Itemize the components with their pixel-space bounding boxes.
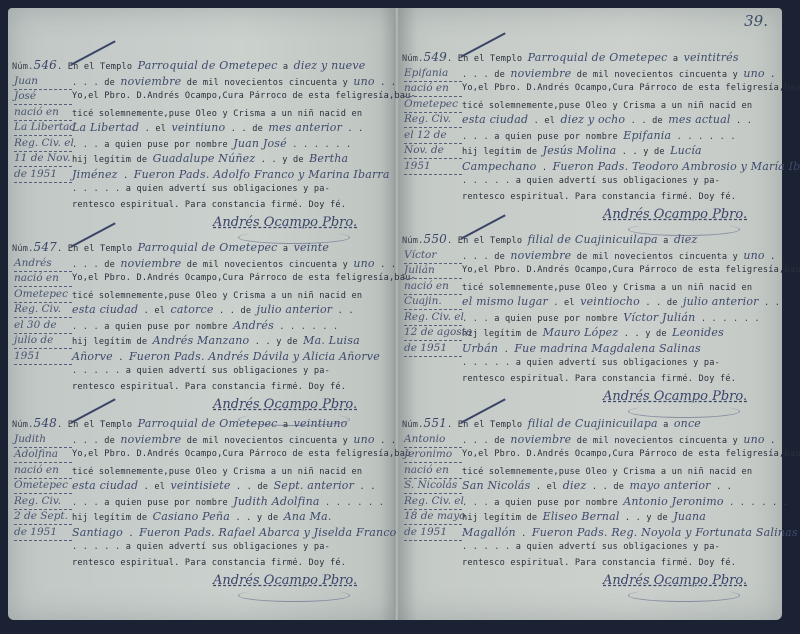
- baptism-month: noviembre: [510, 249, 571, 262]
- entry-line: Núm.549. En el Templo Parroquial de Omet…: [402, 50, 739, 67]
- margin-note: nació en: [14, 463, 72, 479]
- baptism-day: veintitrés: [684, 51, 739, 64]
- mother-name-part2: Urbán: [462, 342, 498, 355]
- margin-note: Reg. Civ.: [404, 112, 462, 128]
- priest-signature: Andrés Ocampo Pbro.: [603, 389, 747, 404]
- entry-line: Núm.550. En el Templo filial de Cuajinic…: [402, 232, 698, 249]
- entry-line: ticé solemnemente,puse Oleo y Crisma a u…: [72, 463, 362, 480]
- year-suffix: uno: [743, 67, 764, 80]
- baptism-entry-551: Núm.551. En el Templo filial de Cuajinic…: [398, 416, 783, 591]
- entry-line: ticé solemnemente,puse Oleo y Crisma a u…: [462, 97, 752, 114]
- entry-num-label: Núm.: [12, 244, 34, 254]
- entry-line: rentesco espiritual. Para constancia fir…: [72, 198, 346, 213]
- entry-line: esta ciudad . el veintisiete . . de Sept…: [72, 478, 376, 495]
- entry-line: . . . . . a quien advertí sus obligacion…: [72, 540, 330, 555]
- mother-name-part1: Ma. Luisa: [303, 334, 360, 347]
- entry-line: Urbán . Fue madrina Magdalena Salinas: [462, 341, 701, 358]
- entry-line: esta ciudad . el catorce . . de julio an…: [72, 302, 354, 319]
- birthplace: el mismo lugar: [462, 295, 548, 308]
- baptized-name: Antonio Jeronimo: [623, 495, 723, 508]
- entry-number: 550: [424, 232, 448, 246]
- priest-signature: Andrés Ocampo Pbro.: [603, 573, 747, 588]
- entry-line: ticé solemnemente,puse Oleo y Crisma a u…: [462, 279, 752, 296]
- entry-num-label: Núm.: [12, 62, 34, 72]
- birth-month: mes anterior: [268, 121, 342, 134]
- birth-day: catorce: [170, 303, 213, 316]
- godparents: Fueron Pads. Adolfo Franco y Marina Ibar…: [134, 168, 390, 181]
- entry-line: rentesco espiritual. Para constancia fir…: [72, 556, 346, 571]
- margin-note: 2 de Sept.: [14, 509, 72, 525]
- entry-line: rentesco espiritual. Para constancia fir…: [72, 380, 346, 395]
- entry-line: esta ciudad . el diez y ocho . . de mes …: [462, 112, 752, 129]
- entry-line: La Libertad . el veintiuno . . de mes an…: [72, 120, 364, 137]
- entry-line: . . . . . a quien advertí sus obligacion…: [462, 174, 720, 189]
- temple-name: Parroquial de Ometepec: [138, 417, 278, 430]
- temple-name: Parroquial de Ometepec: [138, 241, 278, 254]
- entry-line: Yo,el Pbro. D.Andrés Ocampo,Cura Párroco…: [72, 89, 416, 104]
- entry-line: Magallón . Fueron Pads. Reg. Noyola y Fo…: [462, 525, 798, 542]
- margin-note: Epifania: [404, 66, 462, 82]
- entry-line: . . . a quien puse por nombre Epifania .…: [462, 128, 736, 145]
- margin-note: Reg. Civ. el: [404, 494, 462, 510]
- entry-line: . . . de noviembre de mil novecientos ci…: [462, 248, 786, 265]
- margin-note: Ometepec: [404, 97, 462, 113]
- entry-line: Núm.547. En el Templo Parroquial de Omet…: [12, 240, 329, 257]
- typed-text: En el Templo: [68, 244, 133, 254]
- entry-num-label: Núm.: [402, 54, 424, 64]
- baptized-name: Judith Adolfina: [233, 495, 319, 508]
- entry-line: hij legítim de Eliseo Bernal . . y de Ju…: [462, 509, 706, 526]
- father-name: Casiano Peña: [153, 510, 230, 523]
- entry-line: hij legítim de Jesús Molina . . y de Luc…: [462, 143, 702, 160]
- baptism-day: veinte: [294, 241, 329, 254]
- year-suffix: uno: [353, 257, 374, 270]
- entry-line: Campechano . Fueron Pads. Teodoro Ambros…: [462, 159, 800, 176]
- priest-signature: Andrés Ocampo Pbro.: [213, 573, 357, 588]
- entry-line: Añorve . Fueron Pads. Andrés Dávila y Al…: [72, 349, 380, 366]
- mother-name-part2: Añorve: [72, 350, 113, 363]
- margin-note: Ometepec: [14, 478, 72, 494]
- page-number: 39.: [744, 12, 768, 30]
- baptized-name: Juan José: [233, 137, 287, 150]
- entry-line: Jiménez . Fueron Pads. Adolfo Franco y M…: [72, 167, 390, 184]
- entry-line: hij legítim de Guadalupe Núñez . . y de …: [72, 151, 348, 168]
- mother-name-part2: Jiménez: [72, 168, 118, 181]
- birth-day: veintiuno: [171, 121, 225, 134]
- priest-signature: Andrés Ocampo Pbro.: [213, 215, 357, 230]
- margin-note: de 1951: [14, 167, 72, 183]
- baptism-entry-546: Núm.546. En el Templo Parroquial de Omet…: [8, 58, 393, 233]
- baptism-month: noviembre: [120, 433, 181, 446]
- margin-note: Juan: [14, 74, 72, 90]
- margin-note: Nov. de: [404, 143, 462, 159]
- godparents: Fue madrina Magdalena Salinas: [514, 342, 701, 355]
- entry-line: . . . a quien puse por nombre Juan José …: [72, 136, 351, 153]
- birth-month: julio anterior: [257, 303, 333, 316]
- entry-line: rentesco espiritual. Para constancia fir…: [462, 556, 736, 571]
- margin-note: Reg. Civ.: [14, 302, 72, 318]
- father-name: Guadalupe Núñez: [153, 152, 256, 165]
- birth-day: diez y ocho: [560, 113, 625, 126]
- entry-line: . . . de noviembre de mil novecientos ci…: [72, 74, 396, 91]
- mother-name-part1: Juana: [673, 510, 706, 523]
- birth-day: veintisiete: [170, 479, 230, 492]
- birthplace: esta ciudad: [72, 303, 138, 316]
- entry-line: Yo,el Pbro. D.Andrés Ocampo,Cura Párroco…: [72, 447, 416, 462]
- margin-note: de 1951: [404, 525, 462, 541]
- margin-note: Reg. Civ. el: [404, 310, 462, 326]
- entry-line: hij legítim de Andrés Manzano . . y de M…: [72, 333, 360, 350]
- entry-line: ticé solemnemente,puse Oleo y Crisma a u…: [72, 105, 362, 122]
- margin-note: Adolfina: [14, 447, 72, 463]
- margin-note: nació en: [14, 271, 72, 287]
- entry-line: . . . a quien puse por nombre Andrés . .…: [72, 318, 338, 335]
- margin-note: Reg. Civ.: [14, 494, 72, 510]
- entry-line: . . . . . a quien advertí sus obligacion…: [462, 356, 720, 371]
- entry-line: . . . a quien puse por nombre Antonio Je…: [462, 494, 788, 511]
- baptized-name: Andrés: [233, 319, 274, 332]
- entry-number: 547: [34, 240, 58, 254]
- birth-month: mayo anterior: [629, 479, 710, 492]
- entry-line: . . . de noviembre de mil novecientos ci…: [462, 66, 786, 83]
- baptism-entry-547: Núm.547. En el Templo Parroquial de Omet…: [8, 240, 393, 415]
- godparents: Fueron Pads. Andrés Dávila y Alicia Añor…: [129, 350, 380, 363]
- margin-note: José: [14, 89, 72, 105]
- baptism-entry-548: Núm.548. En el Templo Parroquial de Omet…: [8, 416, 393, 591]
- baptism-day: diez: [674, 233, 698, 246]
- entry-line: . . . a quien puse por nombre Judith Ado…: [72, 494, 384, 511]
- margin-note: S. Nicolás: [404, 478, 462, 494]
- mother-name-part2: Campechano: [462, 160, 536, 173]
- typed-text: En el Templo: [68, 420, 133, 430]
- margin-note: Andrés: [14, 256, 72, 272]
- margin-note: 1951: [404, 159, 462, 175]
- baptism-day: veintiuno: [294, 417, 348, 430]
- entry-number: 551: [424, 416, 448, 430]
- baptized-name: Epifania: [623, 129, 671, 142]
- baptism-month: noviembre: [120, 257, 181, 270]
- entry-line: Yo,el Pbro. D.Andrés Ocampo,Cura Párroco…: [462, 81, 800, 96]
- priest-signature: Andrés Ocampo Pbro.: [603, 207, 747, 222]
- temple-name: Parroquial de Ometepec: [528, 51, 668, 64]
- baptism-entry-549: Núm.549. En el Templo Parroquial de Omet…: [398, 50, 783, 225]
- margin-note: de 1951: [404, 341, 462, 357]
- mother-name-part2: Santiago: [72, 526, 123, 539]
- entry-num-label: Núm.: [402, 236, 424, 246]
- mother-name-part1: Ana Ma.: [284, 510, 332, 523]
- entry-line: . . . de noviembre de mil novecientos ci…: [72, 432, 396, 449]
- margin-note: Cuajin.: [404, 294, 462, 310]
- margin-note: Víctor: [404, 248, 462, 264]
- entry-line: rentesco espiritual. Para constancia fir…: [462, 372, 736, 387]
- margin-note: el 12 de: [404, 128, 462, 144]
- birth-month: mes actual: [668, 113, 730, 126]
- entry-line: ticé solemnemente,puse Oleo y Crisma a u…: [72, 287, 362, 304]
- margin-note: 11 de Nov.: [14, 151, 72, 167]
- baptism-entry-550: Núm.550. En el Templo filial de Cuajinic…: [398, 232, 783, 407]
- signature-flourish: [628, 589, 740, 602]
- entry-line: Núm.546. En el Templo Parroquial de Omet…: [12, 58, 366, 75]
- entry-line: . . . . . a quien advertí sus obligacion…: [462, 540, 720, 555]
- baptism-month: noviembre: [510, 433, 571, 446]
- entry-num-label: Núm.: [402, 420, 424, 430]
- baptism-day: once: [674, 417, 701, 430]
- birth-day: veintiocho: [580, 295, 640, 308]
- temple-name: filial de Cuajinicuilapa: [528, 233, 658, 246]
- temple-name: filial de Cuajinicuilapa: [528, 417, 658, 430]
- margin-note: Ometepec: [14, 287, 72, 303]
- mother-name-part1: Leonides: [672, 326, 724, 339]
- entry-line: . . . de noviembre de mil novecientos ci…: [462, 432, 786, 449]
- margin-note: de 1951: [14, 525, 72, 541]
- entry-num-label: Núm.: [12, 420, 34, 430]
- typed-text: En el Templo: [68, 62, 133, 72]
- temple-name: Parroquial de Ometepec: [138, 59, 278, 72]
- typed-text: En el Templo: [458, 420, 523, 430]
- baptized-name: Víctor Julián: [623, 311, 695, 324]
- year-suffix: uno: [743, 249, 764, 262]
- year-suffix: uno: [353, 75, 374, 88]
- godparents: Fueron Pads. Rafael Abarca y Jiselda Fra…: [139, 526, 396, 539]
- birthplace: La Libertad: [72, 121, 139, 134]
- mother-name-part1: Bertha: [309, 152, 348, 165]
- father-name: Andrés Manzano: [153, 334, 250, 347]
- margin-note: Reg. Civ. el: [14, 136, 72, 152]
- entry-line: hij legítim de Mauro López . . y de Leon…: [462, 325, 724, 342]
- year-suffix: uno: [353, 433, 374, 446]
- entry-number: 549: [424, 50, 448, 64]
- father-name: Eliseo Bernal: [543, 510, 620, 523]
- mother-name-part2: Magallón: [462, 526, 516, 539]
- signature-flourish: [238, 589, 350, 602]
- margin-note: Judith: [14, 432, 72, 448]
- entry-line: ticé solemnemente,puse Oleo y Crisma a u…: [462, 463, 752, 480]
- entry-line: . . . . . a quien advertí sus obligacion…: [72, 182, 330, 197]
- godparents: Fueron Pads. Reg. Noyola y Fortunata Sal…: [532, 526, 798, 539]
- entry-line: Yo,el Pbro. D.Andrés Ocampo,Cura Párroco…: [462, 447, 800, 462]
- margin-note: nació en: [14, 105, 72, 121]
- birthplace: San Nicolás: [462, 479, 531, 492]
- entry-line: Núm.551. En el Templo filial de Cuajinic…: [402, 416, 701, 433]
- mother-name-part1: Lucía: [670, 144, 702, 157]
- typed-text: En el Templo: [458, 54, 523, 64]
- father-name: Mauro López: [543, 326, 619, 339]
- margin-note: Jeronimo: [404, 447, 462, 463]
- typed-text: En el Templo: [458, 236, 523, 246]
- margin-note: nació en: [404, 81, 462, 97]
- entry-line: Yo,el Pbro. D.Andrés Ocampo,Cura Párroco…: [462, 263, 800, 278]
- baptism-day: diez y nueve: [294, 59, 366, 72]
- birth-day: diez: [563, 479, 587, 492]
- entry-number: 548: [34, 416, 58, 430]
- margin-note: 12 de agosto: [404, 325, 462, 341]
- entry-line: San Nicolás . el diez . . de mayo anteri…: [462, 478, 732, 495]
- baptism-month: noviembre: [510, 67, 571, 80]
- entry-line: . . . a quien puse por nombre Víctor Jul…: [462, 310, 760, 327]
- entry-line: el mismo lugar . el veintiocho . . de ju…: [462, 294, 780, 311]
- baptism-month: noviembre: [120, 75, 181, 88]
- entry-line: Núm.548. En el Templo Parroquial de Omet…: [12, 416, 348, 433]
- birthplace: esta ciudad: [72, 479, 138, 492]
- margin-note: nació en: [404, 279, 462, 295]
- margin-note: La Libertad: [14, 120, 72, 136]
- margin-note: 18 de mayo: [404, 509, 462, 525]
- father-name: Jesús Molina: [543, 144, 617, 157]
- margin-note: el 30 de: [14, 318, 72, 334]
- entry-number: 546: [34, 58, 58, 72]
- birth-month: julio anterior: [683, 295, 759, 308]
- entry-line: . . . de noviembre de mil novecientos ci…: [72, 256, 396, 273]
- entry-line: . . . . . a quien advertí sus obligacion…: [72, 364, 330, 379]
- entry-line: rentesco espiritual. Para constancia fir…: [462, 190, 736, 205]
- birth-month: Sept. anterior: [274, 479, 355, 492]
- margin-note: nació en: [404, 463, 462, 479]
- margin-note: Julián: [404, 263, 462, 279]
- priest-signature: Andrés Ocampo Pbro.: [213, 397, 357, 412]
- entry-line: Santiago . Fueron Pads. Rafael Abarca y …: [72, 525, 397, 542]
- entry-line: hij legítim de Casiano Peña . . y de Ana…: [72, 509, 332, 526]
- year-suffix: uno: [743, 433, 764, 446]
- margin-note: 1951: [14, 349, 72, 365]
- godparents: Fueron Pads. Teodoro Ambrosio y María Ib…: [553, 160, 800, 173]
- margin-note: julio de: [14, 333, 72, 349]
- birthplace: esta ciudad: [462, 113, 528, 126]
- margin-note: Antonio: [404, 432, 462, 448]
- entry-line: Yo,el Pbro. D.Andrés Ocampo,Cura Párroco…: [72, 271, 416, 286]
